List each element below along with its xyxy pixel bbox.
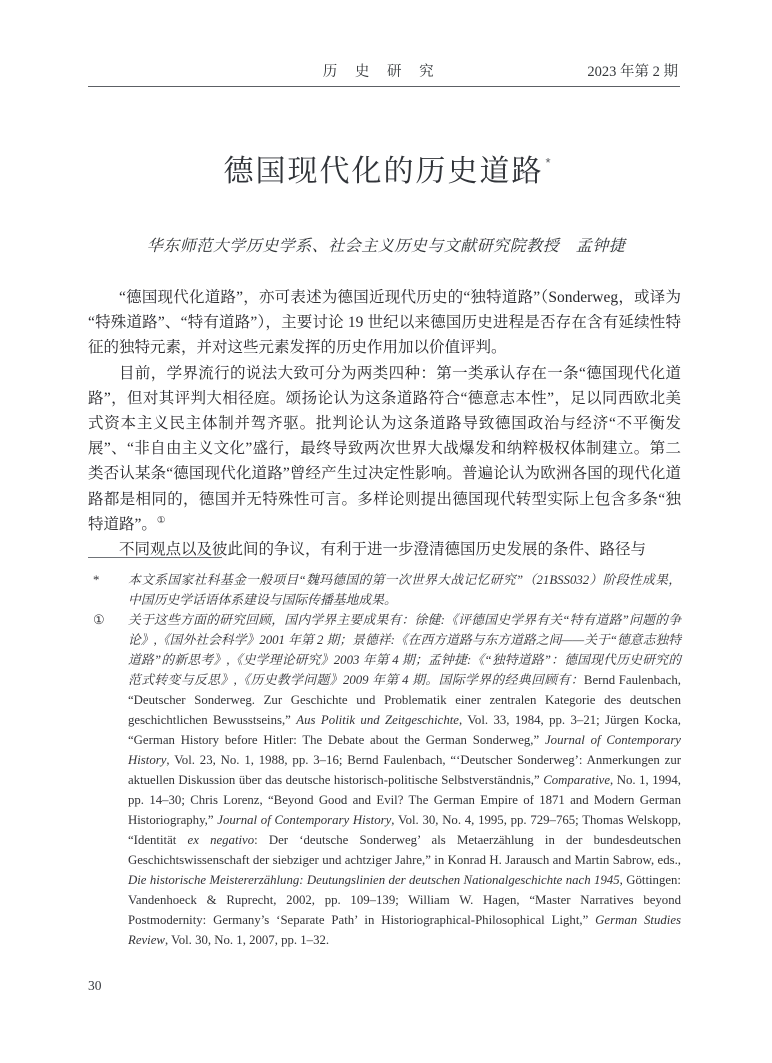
journal-title: 历 史 研 究 xyxy=(323,60,441,81)
issue-label: 2023 年第 2 期 xyxy=(587,60,678,81)
body-paragraph-1: “德国现代化道路”，亦可表述为德国近现代历史的“独特道路”（Sonderweg，… xyxy=(88,285,681,361)
title-footnote-marker: * xyxy=(545,155,550,170)
journal-page: 历 史 研 究 2023 年第 2 期 德国现代化的历史道路* 华东师范大学历史… xyxy=(0,0,772,1063)
article-title-text: 德国现代化的历史道路 xyxy=(223,155,543,188)
article-body: “德国现代化道路”，亦可表述为德国近现代历史的“独特道路”（Sonderweg，… xyxy=(88,285,681,562)
footnote-text: 关于这些方面的研究回顾，国内学界主要成果有：徐健:《评德国史学界有关“特有道路”… xyxy=(128,613,681,947)
footnote-marker: * xyxy=(93,570,125,590)
body-paragraph-2: 目前，学界流行的说法大致可分为两类四种：第一类承认存在一条“德国现代化道路”，但… xyxy=(88,361,681,537)
footnote-star: * 本文系国家社科基金一般项目“魏玛德国的第一次世界大战记忆研究”（21BSS0… xyxy=(88,570,681,610)
author-affiliation-line: 华东师范大学历史学系、社会主义历史与文献研究院教授 孟钟捷 xyxy=(0,233,772,256)
article-title: 德国现代化的历史道路* xyxy=(0,146,772,190)
footnotes-section: * 本文系国家社科基金一般项目“魏玛德国的第一次世界大战记忆研究”（21BSS0… xyxy=(88,570,681,950)
header-rule xyxy=(88,86,680,87)
footnote-marker: ① xyxy=(93,610,125,630)
footnote-divider xyxy=(88,557,222,558)
footnote-1: ① 关于这些方面的研究回顾，国内学界主要成果有：徐健:《评德国史学界有关“特有道… xyxy=(88,610,681,950)
body-paragraph-3: 不同观点以及彼此间的争议，有利于进一步澄清德国历史发展的条件、路径与 xyxy=(88,537,681,562)
footnote-text: 本文系国家社科基金一般项目“魏玛德国的第一次世界大战记忆研究”（21BSS032… xyxy=(128,573,681,607)
page-header: 历 史 研 究 2023 年第 2 期 xyxy=(88,60,680,82)
page-number: 30 xyxy=(88,978,102,994)
